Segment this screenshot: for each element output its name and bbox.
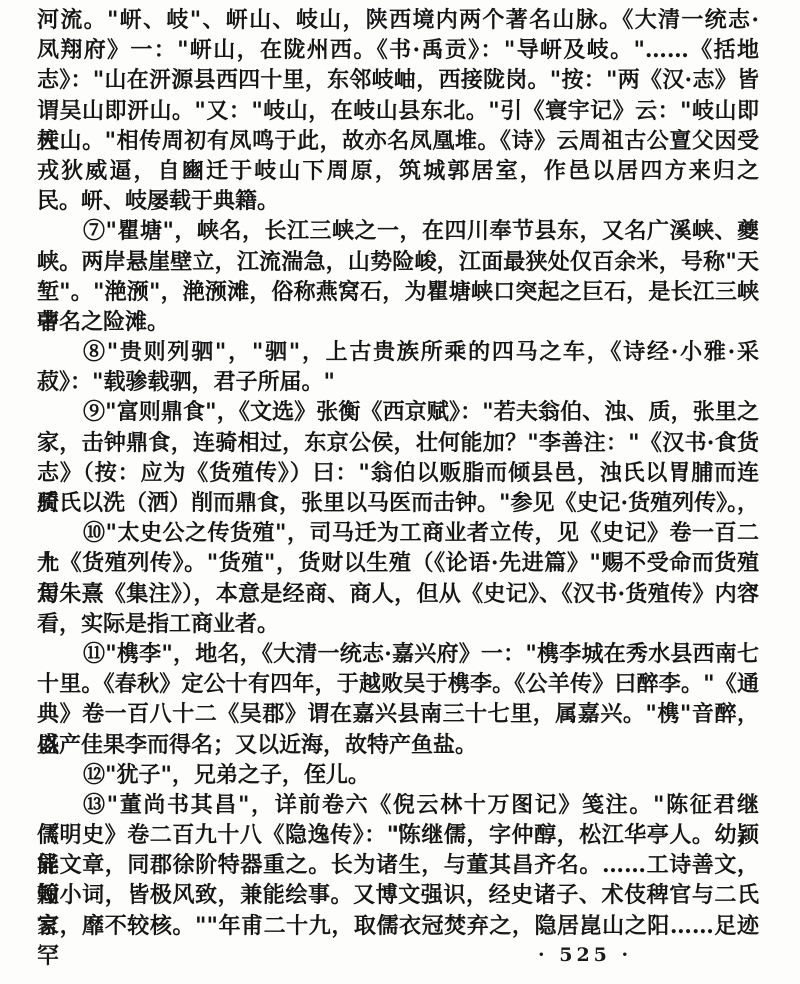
text-line: 河流。"岍、岐"、岍山、岐山，陕西境内两个著名山脉。《大清一统志· xyxy=(37,5,759,35)
book-page: 河流。"岍、岐"、岍山、岐山，陕西境内两个著名山脉。《大清一统志·凤翔府》一："… xyxy=(0,0,800,984)
text-line: ⑦"瞿塘"，峡名，长江三峡之一，在四川奉节县东，又名广溪峡、夔 xyxy=(37,216,759,246)
page-number: · 525 · xyxy=(538,944,632,966)
text-line: ⑪"槜李"，地名，《大清一统志·嘉兴府》一："槜李城在秀水县西南七 xyxy=(37,639,759,669)
text-line: ⑧"贵则列驷"，"驷"，上古贵族所乘的四马之车，《诗经·小雅·采 xyxy=(37,337,759,367)
text-line: 《明史》卷二百九十八《隐逸传》："陈继儒，字仲醇，松江华亭人。幼颖异， xyxy=(37,820,759,850)
text-line: 九《货殖列传》。"货殖"，货财以生殖（《论语·先进篇》"赐不受命而货殖焉" xyxy=(37,548,759,578)
text-line: 凤翔府》一："岍山，在陇州西。《书·禹贡》："导岍及岐。"……《括地 xyxy=(37,35,759,65)
text-line: 翰小词，皆极风致，兼能绘事。又博文强识，经史诸子、术伎稗官与二氏家 xyxy=(37,880,759,910)
text-line: 家，击钟鼎食，连骑相过，东京公侯，壮何能加？"李善注："《汉书·食货 xyxy=(37,428,759,458)
text-line: 民。岍、岐屡载于典籍。 xyxy=(37,186,759,216)
text-line: 堑"。"滟滪"，滟滪滩，俗称燕窝石，为瞿塘峡口突起之巨石，是长江三峡中 xyxy=(37,277,759,307)
text-line: ⑬"董尚书其昌"，详前卷六《倪云林十万图记》笺注。"陈征君继儒"， xyxy=(37,790,759,820)
text-line: 质氏以洗（洒）削而鼎食，张里以马医而击钟。"参见《史记·货殖列传》。 xyxy=(37,488,759,518)
text-line: 柱山。"相传周初有凤鸣于此，故亦名凤凰堆。《诗》云周祖古公亶父因受 xyxy=(37,126,759,156)
text-line: 盛产佳果李而得名；又以近海，故特产鱼盐。 xyxy=(37,730,759,760)
text-line: 谓吴山即汧山。"又："岐山，在岐山县东北。"引《寰宇记》云："岐山即天 xyxy=(37,96,759,126)
text-line: ⑫"犹子"，兄弟之子，侄儿。 xyxy=(37,760,759,790)
text-line: 志》（按：应为《货殖传》）曰："翁伯以贩脂而倾县邑，浊氏以胃脯而连骑， xyxy=(37,458,759,488)
text-line: 句朱熹《集注》），本意是经商、商人，但从《史记》、《汉书·货殖传》内容 xyxy=(37,579,759,609)
text-line: 菽》："载骖载驷，君子所届。" xyxy=(37,367,759,397)
text-line: 十里。《春秋》定公十有四年，于越败吴于槜李。《公羊传》曰醉李。"《通 xyxy=(37,669,759,699)
text-line: 典》卷一百八十二《吴郡》谓在嘉兴县南三十七里，属嘉兴。"槜"音醉，以 xyxy=(37,699,759,729)
text-line: 峡。两岸悬崖壁立，江流湍急，山势险峻，江面最狭处仅百余米，号称"天 xyxy=(37,247,759,277)
text-line: 戎狄威逼，自豳迁于岐山下周原，筑城郭居室，作邑以居四方来归之 xyxy=(37,156,759,186)
text-line: 言，靡不较核。""年甫二十九，取儒衣冠焚弃之，隐居崑山之阳……足迹罕 xyxy=(37,911,759,941)
text-block: 河流。"岍、岐"、岍山、岐山，陕西境内两个著名山脉。《大清一统志·凤翔府》一："… xyxy=(37,5,759,941)
text-line: ⑨"富则鼎食"，《文选》张衡《西京赋》："若夫翁伯、浊、质，张里之 xyxy=(37,397,759,427)
text-line: 看，实际是指工商业者。 xyxy=(37,609,759,639)
text-line: 著名之险滩。 xyxy=(37,307,759,337)
text-line: 能文章，同郡徐阶特器重之。长为诸生，与董其昌齐名。……工诗善文，短 xyxy=(37,850,759,880)
text-line: 志》："山在汧源县西四十里，东邻岐岫，西接陇岗。"按："两《汉·志》皆 xyxy=(37,65,759,95)
text-line: ⑩"太史公之传货殖"，司马迁为工商业者立传，见《史记》卷一百二十 xyxy=(37,518,759,548)
